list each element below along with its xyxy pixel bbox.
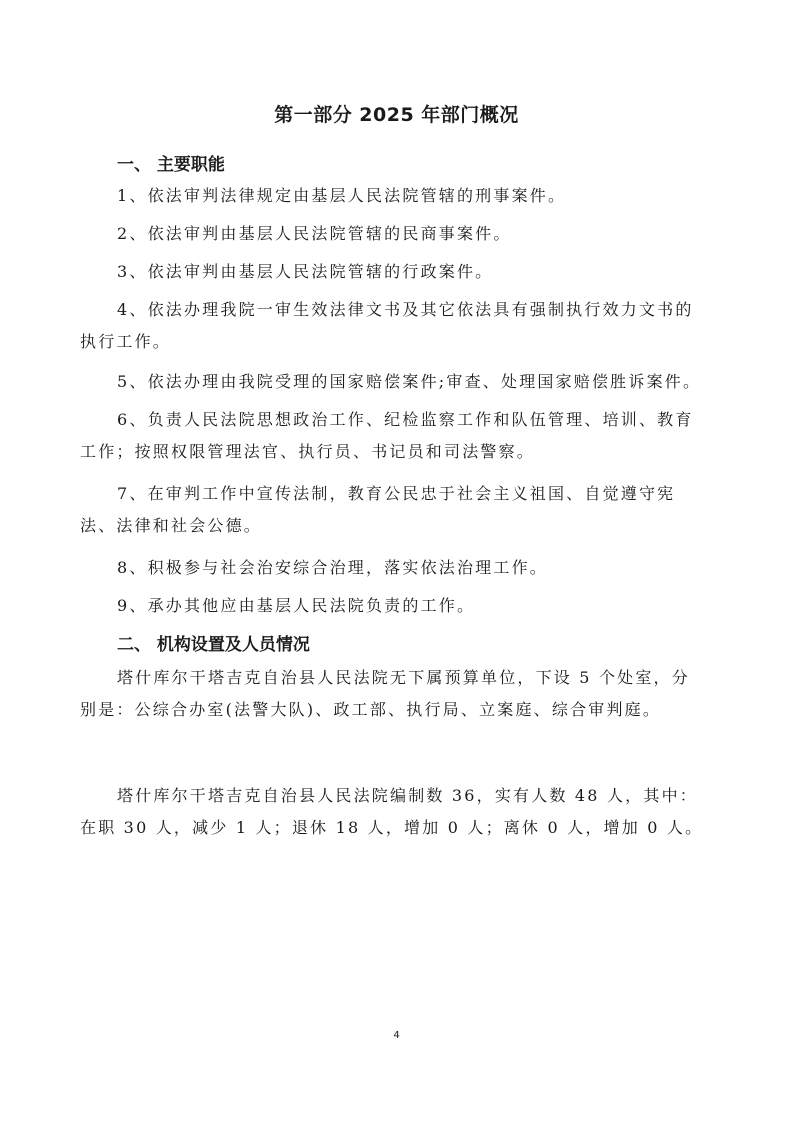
function-item-6: 6、负责人民法院思想政治工作、纪检监察工作和队伍管理、培训、教育工作；按照权限管…	[80, 404, 705, 468]
function-item-3: 3、依法审判由基层人民法院管辖的行政案件。	[117, 256, 707, 288]
function-item-5: 5、依法办理由我院受理的国家赔偿案件;审查、处理国家赔偿胜诉案件。	[117, 366, 707, 398]
function-item-4: 4、依法办理我院一审生效法律文书及其它依法具有强制执行效力文书的执行工作。	[80, 294, 705, 358]
page-number: 4	[0, 1030, 793, 1041]
function-item-2: 2、依法审判由基层人民法院管辖的民商事案件。	[117, 218, 707, 250]
section-heading-organization: 二、 机构设置及人员情况	[117, 630, 310, 655]
function-item-8: 8、积极参与社会治安综合治理，落实依法治理工作。	[117, 552, 707, 584]
function-item-9: 9、承办其他应由基层人民法院负责的工作。	[117, 590, 707, 622]
section-heading-functions: 一、 主要职能	[117, 150, 225, 175]
staffing-paragraph: 塔什库尔干塔吉克自治县人民法院编制数 36，实有人数 48 人，其中：在职 30…	[80, 780, 705, 844]
page-title: 第一部分 2025 年部门概况	[0, 100, 793, 127]
organization-paragraph: 塔什库尔干塔吉克自治县人民法院无下属预算单位，下设 5 个处室，分别是：公综合办…	[80, 662, 705, 726]
function-item-1: 1、依法审判法律规定由基层人民法院管辖的刑事案件。	[117, 180, 707, 212]
function-item-7: 7、在审判工作中宣传法制，教育公民忠于社会主义祖国、自觉遵守宪法、法律和社会公德…	[80, 478, 705, 542]
